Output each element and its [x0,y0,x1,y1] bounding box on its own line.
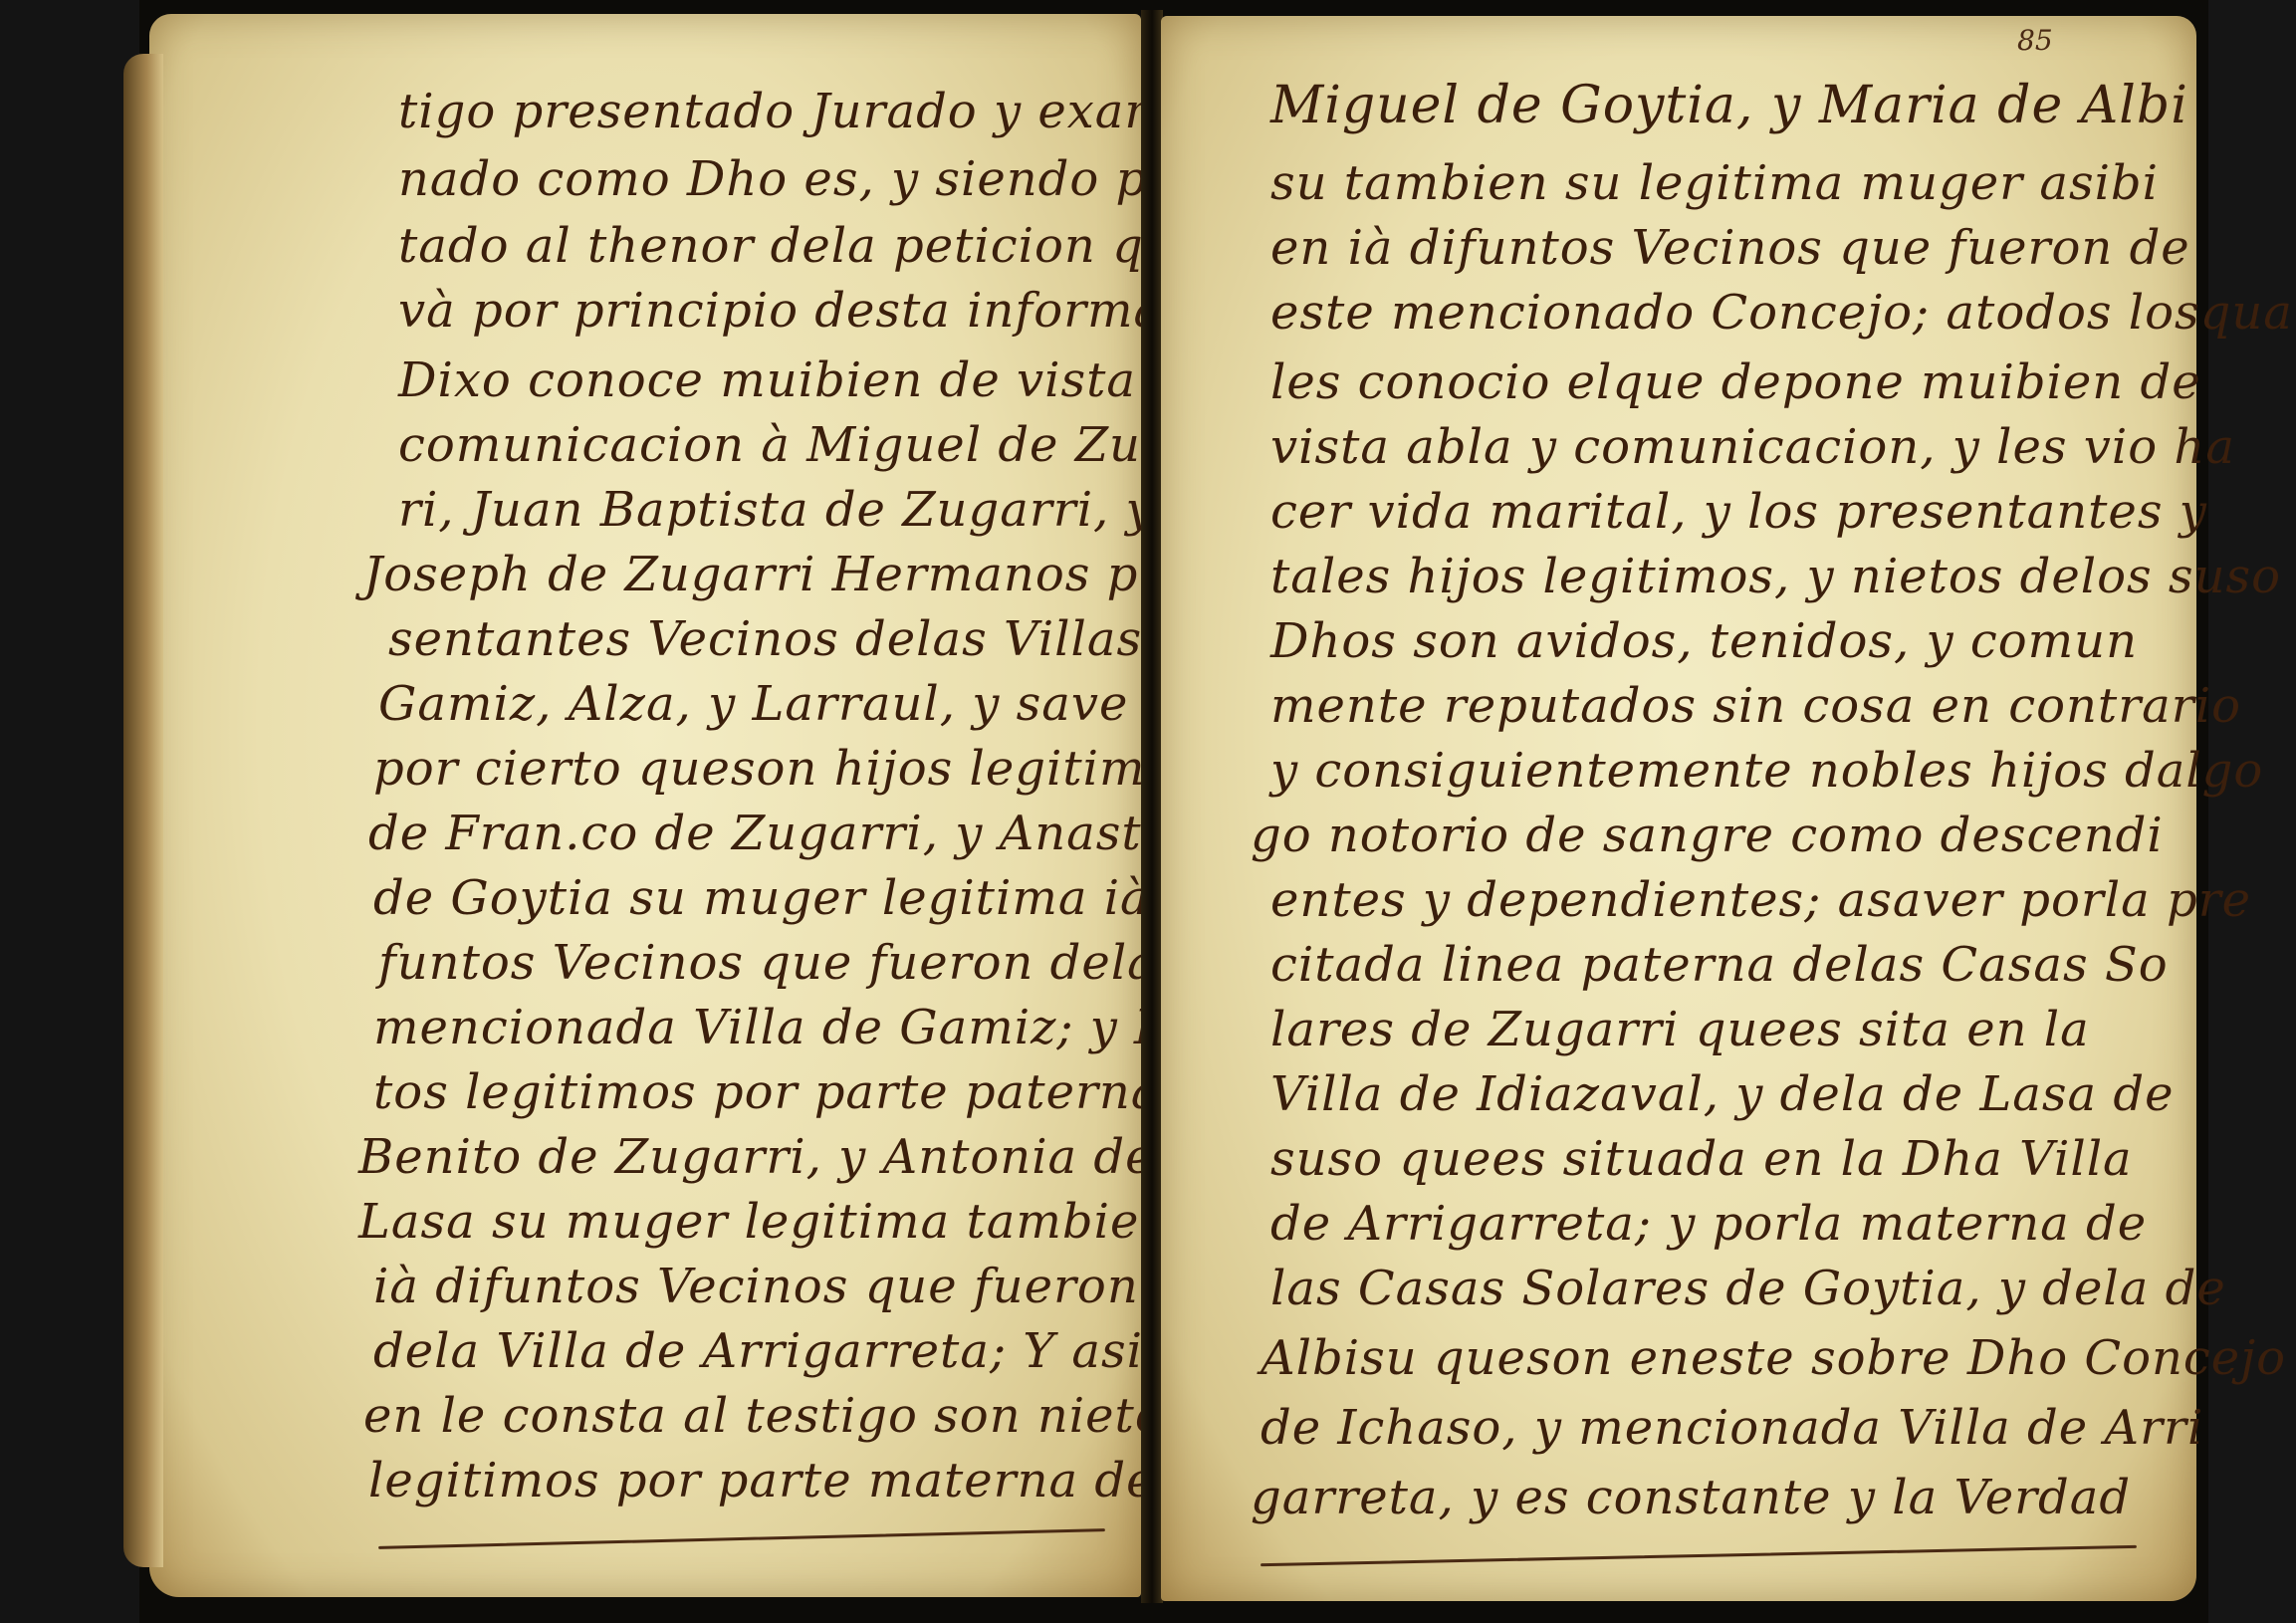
left-manuscript-page: tigo presentado Jurado y examí nado como… [149,14,1141,1597]
left-line-6: comunicacion à Miguel de Zugar [398,417,1226,473]
scan-border-left [0,0,139,1623]
right-line-14: citada linea paterna delas Casas So [1270,937,2169,993]
right-line-22: garreta, y es constante y la Verdad [1251,1470,2131,1525]
left-line-13: de Goytia su muger legitima ià di [373,870,1214,926]
right-line-7: cer vida marital, y los presentantes y [1270,484,2207,540]
left-line-11: por cierto queson hijos legitimos [373,741,1201,797]
right-line-1: Miguel de Goytia, y Maria de Albi [1270,76,2188,135]
left-page-end-rule [378,1528,1105,1549]
folio-number: 85 [2017,24,2053,57]
right-line-5: les conocio elque depone muibien de [1270,354,2201,410]
left-line-9: sentantes Vecinos delas Villas de [388,611,1219,667]
left-line-10: Gamiz, Alza, y Larraul, y save [378,676,1128,732]
right-line-10: mente reputados sin cosa en contrario [1270,678,2241,734]
right-line-4: este mencionado Concejo; atodos losqua [1270,285,2293,341]
right-line-6: vista abla y comunicacion, y les vio ha [1270,419,2235,475]
left-line-17: Benito de Zugarri, y Antonia de [358,1129,1155,1185]
right-line-18: de Arrigarreta; y porla materna de [1270,1196,2147,1252]
left-line-4: và por principio desta informaz. [398,283,1206,339]
right-manuscript-page: 85 Miguel de Goytia, y Maria de Albi su … [1161,16,2196,1601]
right-line-21: de Ichaso, y mencionada Villa de Arri [1261,1400,2203,1456]
left-line-20: dela Villa de Arrigarreta; Y asibi [373,1323,1191,1379]
left-line-18: Lasa su muger legitima tambien [358,1194,1171,1250]
left-line-19: ià difuntos Vecinos que fueron [373,1259,1139,1314]
right-line-13: entes y dependientes; asaver porla pre [1270,872,2251,928]
left-line-15: mencionada Villa de Gamiz; y Nie [373,1000,1223,1055]
right-line-11: y consiguientemente nobles hijos dalgo [1270,743,2263,799]
left-line-12: de Fran.co de Zugarri, y Anastacia [368,806,1245,861]
right-line-20: Albisu queson eneste sobre Dho Concejo [1261,1330,2286,1386]
right-line-17: suso quees situada en la Dha Villa [1270,1131,2133,1187]
left-line-8: Joseph de Zugarri Hermanos pre [363,547,1192,602]
right-page-end-rule [1261,1545,2137,1566]
right-line-19: las Casas Solares de Goytia, y dela de [1270,1261,2226,1316]
right-line-15: lares de Zugarri quees sita en la [1270,1002,2090,1057]
left-line-16: tos legitimos por parte paterna de [373,1064,1238,1120]
right-line-12: go notorio de sangre como descendi [1251,808,2164,863]
left-line-22: legitimos por parte materna de [368,1453,1156,1508]
left-line-7: ri, Juan Baptista de Zugarri, y [398,482,1154,538]
left-line-14: funtos Vecinos que fueron dela [378,935,1157,991]
right-line-9: Dhos son avidos, tenidos, y comun [1270,613,2138,669]
right-line-16: Villa de Idiazaval, y dela de Lasa de [1270,1066,2175,1122]
right-line-8: tales hijos legitimos, y nietos delos su… [1270,549,2281,604]
right-line-2: su tambien su legitima muger asibi [1270,155,2159,211]
left-line-21: en le consta al testigo son nietos [363,1388,1190,1444]
left-line-1: tigo presentado Jurado y examí [398,84,1187,139]
right-line-3: en ià difuntos Vecinos que fueron de [1270,220,2190,276]
left-line-3: tado al thenor dela peticion que [398,218,1205,274]
book-gutter [1141,10,1163,1603]
